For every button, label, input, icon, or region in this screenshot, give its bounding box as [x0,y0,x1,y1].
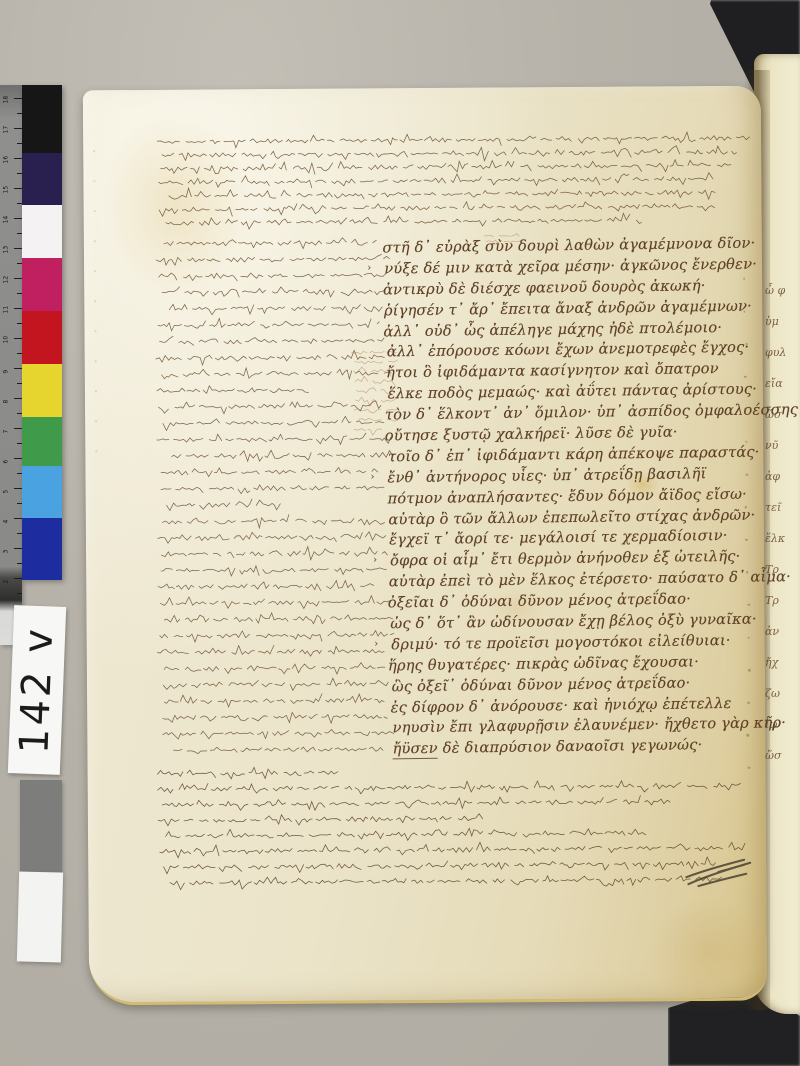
ruler-tick [14,188,22,189]
handwritten-script [157,130,748,241]
ruler-tick [17,593,22,594]
ruler-tick [14,128,22,129]
ruler-number: 2 [3,574,10,584]
manuscript-page: στῆ δ᾽ εὐρὰξ σὺν δουρὶ λαθὼν ἀγαμέμνονα … [83,86,767,1006]
color-patch-red [22,311,62,364]
ruler-tick [14,158,22,159]
underlined-word: ἤϋσεν [392,740,438,760]
ruling-dot [94,240,96,242]
ruler-number: 13 [3,244,10,254]
ruling-dot [94,270,96,272]
ruler-tick [14,428,22,429]
color-patch-light-blue [22,466,62,518]
main-text-block: στῆ δ᾽ εὐρὰξ σὺν δουρὶ λαθὼν ἀγαμέμνονα … [384,235,765,762]
white-calibration-patch [17,871,63,962]
ruler-tick [14,458,22,459]
ruler-number: 16 [3,154,10,164]
folio-label-text: 142 v [12,625,63,754]
ruling-dot [93,150,95,152]
ruler-number: 12 [3,274,10,284]
ruling-dot [94,330,96,332]
pricking-dot [745,539,747,541]
ruling-dot [95,420,97,422]
ruler-tick [14,518,22,519]
ruler-tick [14,488,22,489]
ruler-number: 5 [3,484,10,494]
color-calibration-bar [22,85,62,580]
folio-label: 142 v [8,605,66,775]
pricking-dot [747,734,749,736]
ruling-dot [93,180,95,182]
pricking-dot [748,669,750,671]
handwritten-script [158,762,753,903]
pricking-dot [746,571,748,573]
ruler-tick [14,548,22,549]
main-text-line: ἤϋσεν δὲ διαπρύσιον δαναοῖσι γεγωνώς· [392,736,766,762]
color-patch-black [22,85,62,153]
photo-stage: ὦ φὑμφυλεἴαὥσνῦἀφτεῖἕλκΤρΤρἀνἤχζωἰφὥσ στ… [0,0,800,1066]
ruling-dot [94,300,96,302]
corner-stain [648,896,769,1007]
ruler-number: 9 [3,364,10,374]
color-patch-white [22,205,62,258]
pricking-dot [746,473,748,475]
diple-mark: › [370,471,374,482]
ruling-dot [94,210,96,212]
ruler-tick [14,578,22,579]
ruler-tick [14,218,22,219]
ruler-tick [14,398,22,399]
pricking-dot [747,702,749,704]
color-patch-green [22,417,62,466]
handwritten-script [154,234,396,771]
ruler-tick [14,248,22,249]
diple-mark: › [373,555,377,566]
gray-calibration-patch [20,780,62,872]
ruling-dot [95,360,97,362]
pen-flourish [684,848,758,891]
ruling-dot [95,390,97,392]
ruler-tick [14,278,22,279]
ruler: 18171615141312111098765432 [0,85,22,645]
ruler-tick [14,308,22,309]
ruler-number: 15 [3,184,10,194]
ruler-tick [14,368,22,369]
ruler-tick [14,98,22,99]
ruler-number: 11 [3,304,10,314]
diple-mark: › [367,262,371,273]
ruler-number: 3 [3,544,10,554]
ruler-number: 14 [3,214,10,224]
ruling-dot [95,450,97,452]
ruler-tick [14,338,22,339]
diple-mark: › [374,638,378,649]
pricking-dot [745,506,747,508]
ruler-number: 7 [3,424,10,434]
color-patch-dark-blue [22,518,62,580]
ruler-number: 17 [3,124,10,134]
ruler-number: 6 [3,454,10,464]
color-patch-dark-violet [22,153,62,205]
color-patch-yellow [22,364,62,417]
ruler-number: 8 [3,394,10,404]
pricking-dot [744,376,746,378]
ruler-number: 10 [3,334,10,344]
ruler-number: 4 [3,514,10,524]
color-patch-magenta [22,258,62,311]
ruler-number: 18 [3,94,10,104]
